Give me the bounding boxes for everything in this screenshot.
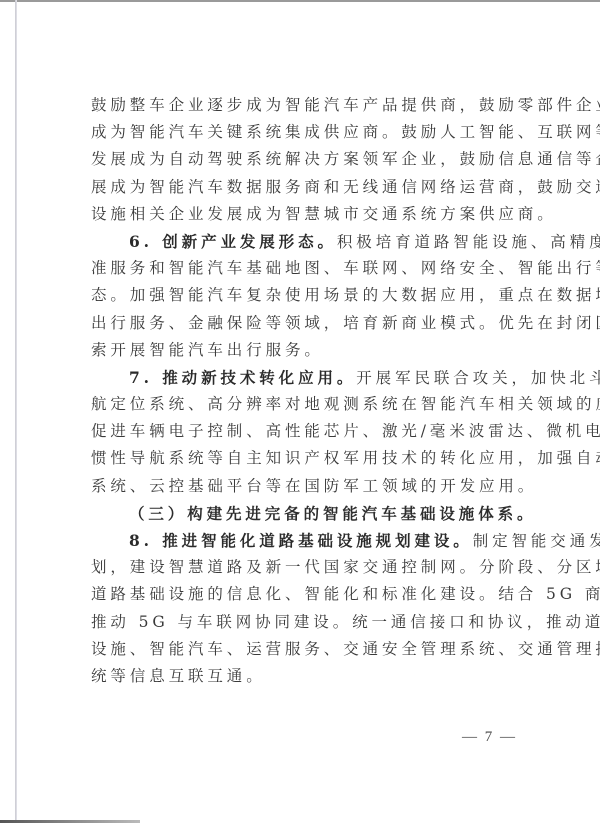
section-heading: （三）构建先进完备的智能汽车基础设施体系。 xyxy=(91,500,519,527)
paragraph-text: 积极培育道路智能设施、高精度时空基 xyxy=(337,233,600,251)
text-line: 发展成为自动驾驶系统解决方案领军企业，鼓励信息通信等企业发 xyxy=(91,146,519,173)
text-line: 态。加强智能汽车复杂使用场景的大数据应用，重点在数据增值、 xyxy=(91,282,519,309)
scan-edge-left xyxy=(15,0,17,823)
text-line: 设施相关企业发展成为智慧城市交通系统方案供应商。 xyxy=(91,201,519,228)
paragraph-text: 制定智能交通发展规 xyxy=(473,532,600,550)
text-line: 惯性导航系统等自主知识产权军用技术的转化应用，加强自动驾驶 xyxy=(91,445,519,472)
text-line: 7. 推动新技术转化应用。开展军民联合攻关，加快北斗卫星导 xyxy=(91,364,519,391)
paragraph-7: 7. 推动新技术转化应用。开展军民联合攻关，加快北斗卫星导 航定位系统、高分辨率… xyxy=(91,364,519,500)
paragraph-lead-title: 7. 推动新技术转化应用。 xyxy=(129,368,356,387)
paragraph-lead-title: 8. 推进智能化道路基础设施规划建设。 xyxy=(129,531,473,550)
text-line: 划，建设智慧道路及新一代国家交通控制网。分阶段、分区域推进 xyxy=(91,554,519,581)
text-line: 8. 推进智能化道路基础设施规划建设。制定智能交通发展规 xyxy=(91,527,519,554)
text-line: 出行服务、金融保险等领域，培育新商业模式。优先在封闭区域探 xyxy=(91,310,519,337)
text-line: 统等信息互联互通。 xyxy=(91,663,519,690)
paragraph-8: 8. 推进智能化道路基础设施规划建设。制定智能交通发展规 划，建设智慧道路及新一… xyxy=(91,527,519,690)
paragraph-text: 开展军民联合攻关，加快北斗卫星导 xyxy=(356,369,600,387)
paragraph-continuation: 鼓励整车企业逐步成为智能汽车产品提供商，鼓励零部件企业逐步 成为智能汽车关键系统… xyxy=(91,92,519,228)
text-line: 准服务和智能汽车基础地图、车联网、网络安全、智能出行等新业 xyxy=(91,255,519,282)
text-line: 成为智能汽车关键系统集成供应商。鼓励人工智能、互联网等企业 xyxy=(91,119,519,146)
text-line: 促进车辆电子控制、高性能芯片、激光/毫米波雷达、微机电系统、 xyxy=(91,418,519,445)
text-line: 道路基础设施的信息化、智能化和标准化建设。结合 5G 商用部署， xyxy=(91,581,519,608)
paragraph-6: 6. 创新产业发展形态。积极培育道路智能设施、高精度时空基 准服务和智能汽车基础… xyxy=(91,228,519,364)
paragraph-lead-title: 6. 创新产业发展形态。 xyxy=(129,232,337,251)
document-page: 鼓励整车企业逐步成为智能汽车产品提供商，鼓励零部件企业逐步 成为智能汽车关键系统… xyxy=(91,92,519,690)
page-number: — 7 — xyxy=(462,729,517,746)
text-line: 系统、云控基础平台等在国防军工领域的开发应用。 xyxy=(91,473,519,500)
text-line: 6. 创新产业发展形态。积极培育道路智能设施、高精度时空基 xyxy=(91,228,519,255)
text-line: 设施、智能汽车、运营服务、交通安全管理系统、交通管理指挥系 xyxy=(91,636,519,663)
text-line: 推动 5G 与车联网协同建设。统一通信接口和协议，推动道路基础 xyxy=(91,609,519,636)
scan-edge-top xyxy=(0,0,600,2)
text-line: 展成为智能汽车数据服务商和无线通信网络运营商，鼓励交通基础 xyxy=(91,174,519,201)
text-line: 航定位系统、高分辨率对地观测系统在智能汽车相关领域的应用， xyxy=(91,391,519,418)
text-line: 索开展智能汽车出行服务。 xyxy=(91,337,519,364)
text-line: 鼓励整车企业逐步成为智能汽车产品提供商，鼓励零部件企业逐步 xyxy=(91,92,519,119)
